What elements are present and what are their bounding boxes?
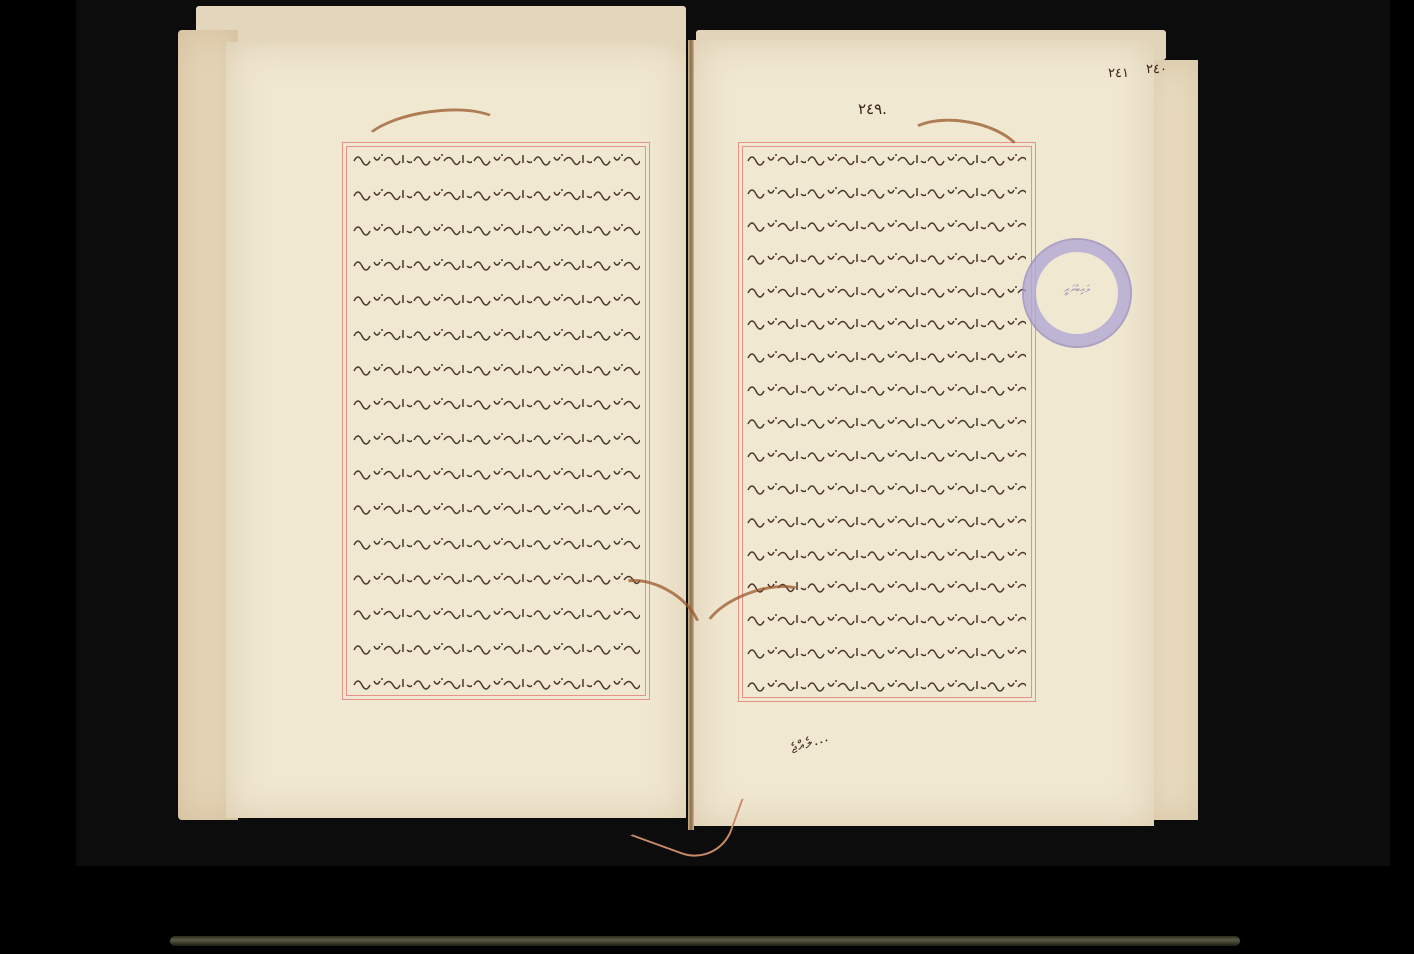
text-line — [352, 676, 640, 690]
text-line — [746, 382, 1026, 396]
text-line — [746, 316, 1026, 330]
corner-number: ٢٤٠ — [1146, 62, 1167, 77]
corner-number: ٢٤١ — [1108, 66, 1129, 81]
text-line — [352, 466, 640, 480]
right-page-stack-edge — [1150, 60, 1198, 820]
text-line — [352, 571, 640, 585]
page-number: ٢٤٩. — [858, 100, 887, 118]
text-line — [352, 606, 640, 620]
text-line — [746, 218, 1026, 232]
text-line — [352, 362, 640, 376]
text-line — [746, 415, 1026, 429]
library-stamp: ލައިބްރަރީ — [1022, 238, 1132, 348]
text-line — [746, 678, 1026, 692]
text-line — [352, 187, 640, 201]
stamp-text: ލައިބްރަރީ — [1024, 284, 1130, 295]
text-line — [352, 327, 640, 341]
text-line — [352, 501, 640, 515]
text-line — [746, 448, 1026, 462]
text-line — [352, 257, 640, 271]
text-line — [352, 431, 640, 445]
text-line — [746, 481, 1026, 495]
text-line — [352, 536, 640, 550]
text-line — [352, 222, 640, 236]
text-line — [746, 645, 1026, 659]
text-line — [746, 251, 1026, 265]
book-gutter — [688, 40, 694, 830]
page-stack-top-left — [196, 6, 686, 46]
shelf-edge — [170, 936, 1240, 946]
text-line — [746, 547, 1026, 561]
text-line — [352, 641, 640, 655]
text-line — [746, 284, 1026, 298]
text-line — [352, 292, 640, 306]
text-line — [746, 514, 1026, 528]
text-line — [746, 349, 1026, 363]
text-line — [352, 396, 640, 410]
left-text-block — [352, 152, 640, 690]
